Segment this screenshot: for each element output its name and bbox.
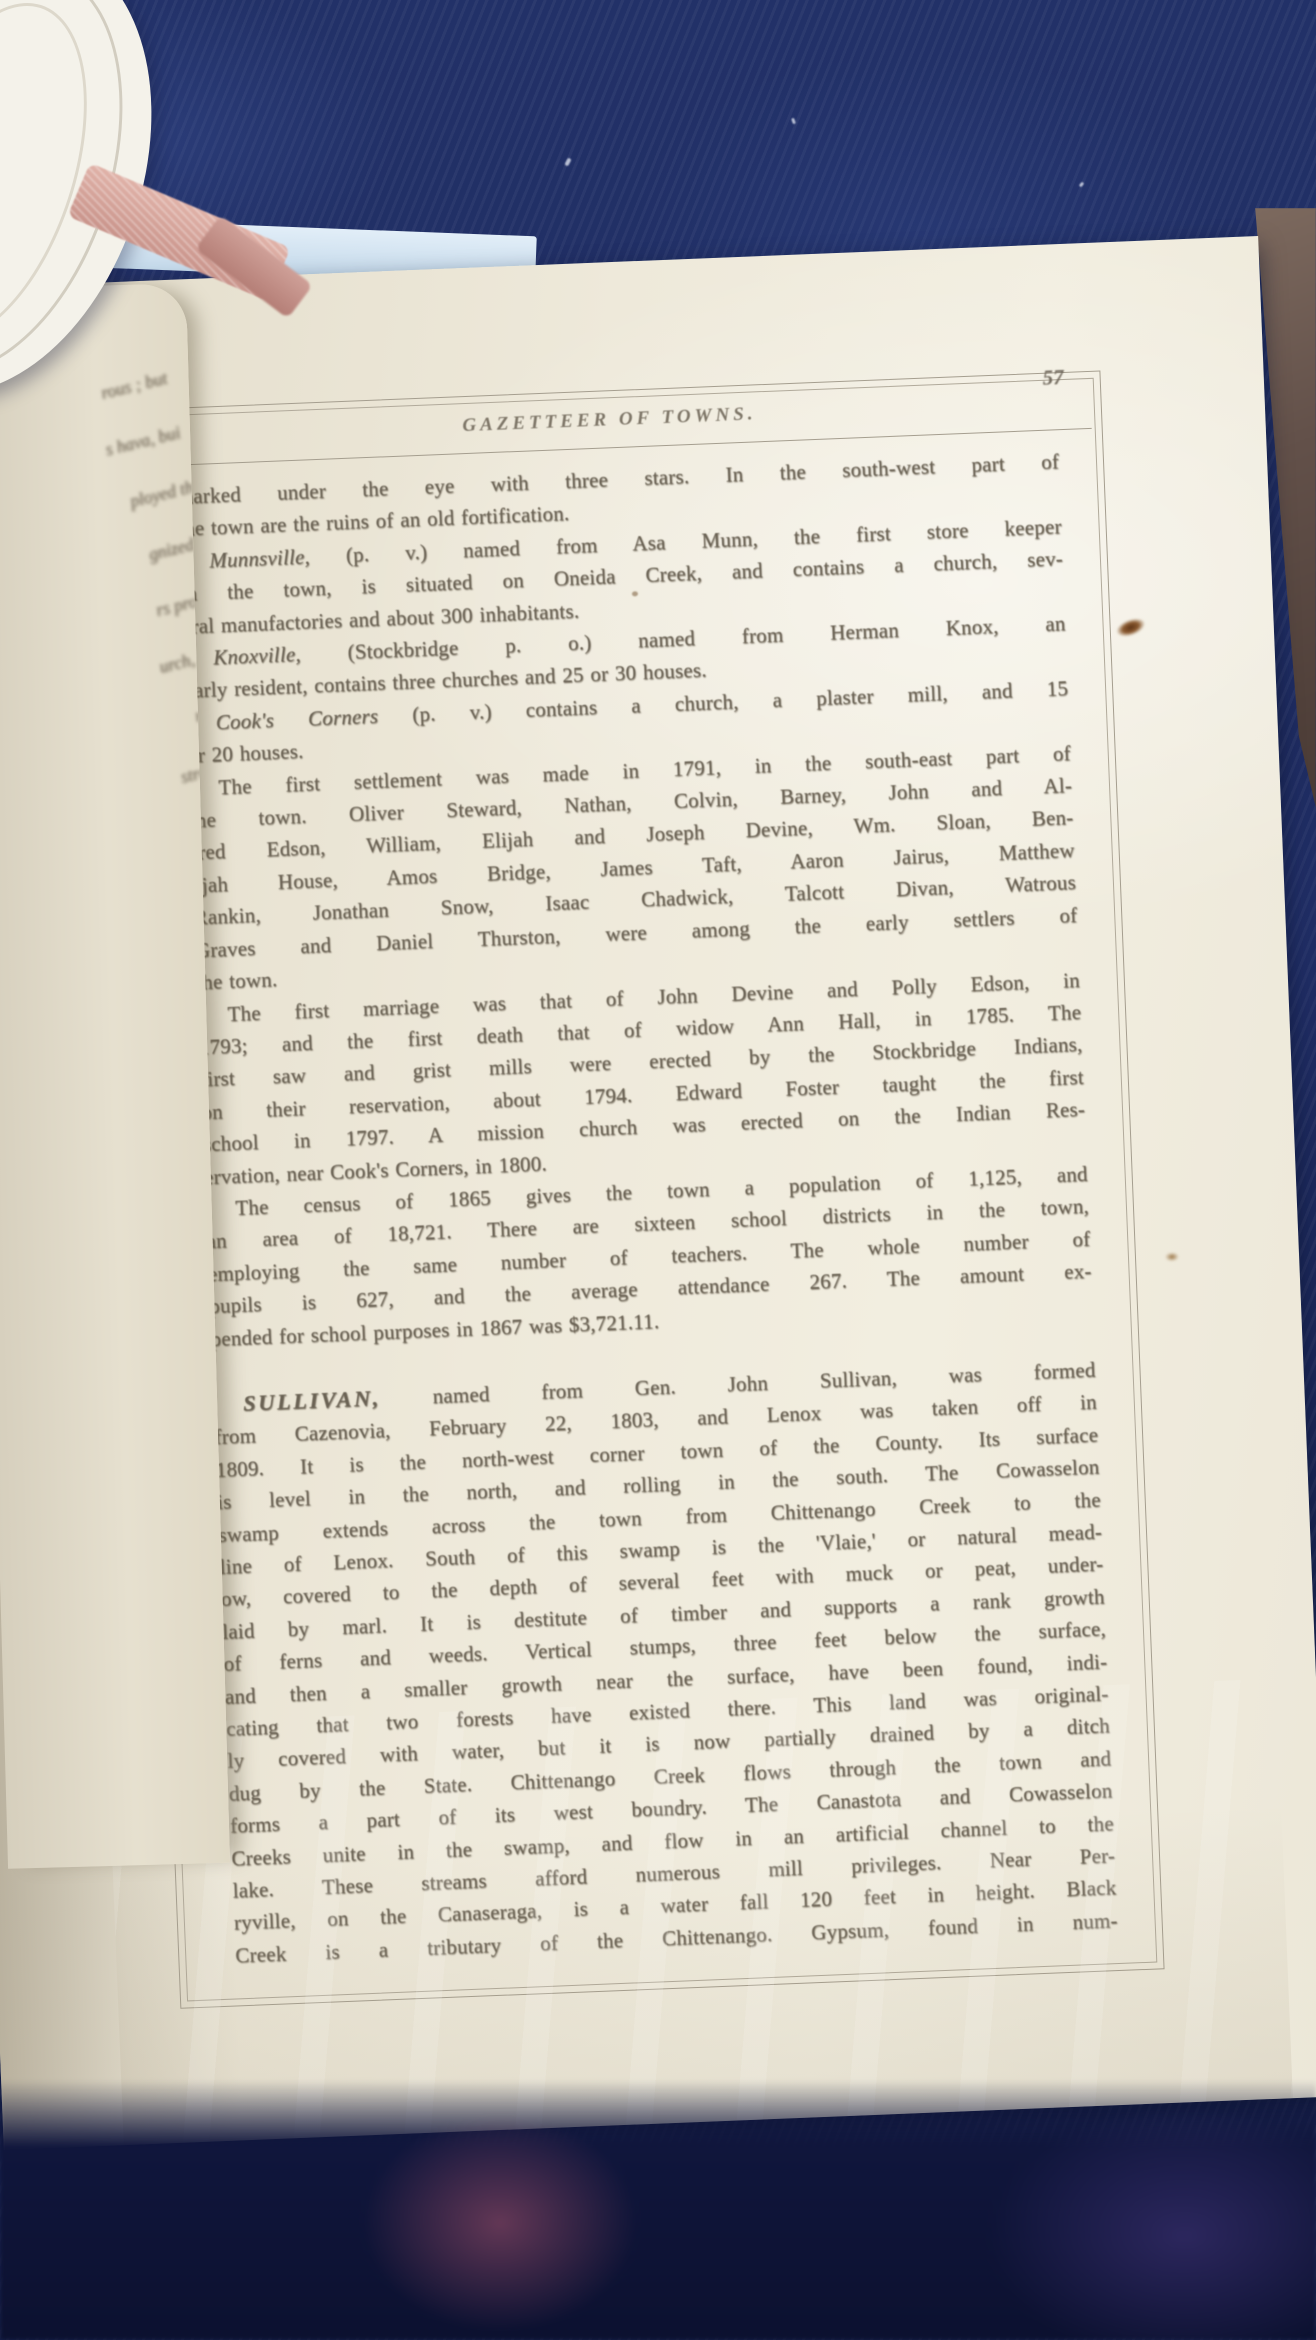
line-lead-word: Cook's Corners bbox=[215, 704, 378, 735]
text-line: dug by the State. Chittenango Creek flow… bbox=[228, 1742, 1112, 1810]
text-line: forms a part of its west boundry. The Ca… bbox=[229, 1774, 1113, 1842]
photo-of-open-book: GAZETTEER OF TOWNS. 57 marked under the … bbox=[0, 0, 1316, 2340]
text-line: Creek is a tributary of the Chittenango.… bbox=[235, 1904, 1119, 1972]
line-lead-word: Munnsville, bbox=[209, 544, 311, 572]
text-line: Creeks unite in the swamp, and flow in a… bbox=[231, 1807, 1115, 1875]
text-line: ly covered with water, but it is now par… bbox=[227, 1710, 1111, 1778]
page-number: 57 bbox=[1042, 365, 1064, 391]
foxing-stain bbox=[1165, 1252, 1179, 1262]
line-lead-word: SULLIVAN, bbox=[243, 1385, 382, 1416]
fabric-foreground-shadow bbox=[0, 2080, 1316, 2340]
text-line: ryville, on the Canaseraga, is a water f… bbox=[233, 1872, 1117, 1940]
page-border-frame: GAZETTEER OF TOWNS. 57 marked under the … bbox=[116, 371, 1164, 2009]
foxing-stain bbox=[1114, 615, 1148, 640]
text-line: lake. These streams afford numerous mill… bbox=[232, 1839, 1116, 1907]
line-lead-word: Knoxville, bbox=[213, 642, 302, 670]
page-text: marked under the eye with three stars. I… bbox=[176, 445, 1119, 1997]
